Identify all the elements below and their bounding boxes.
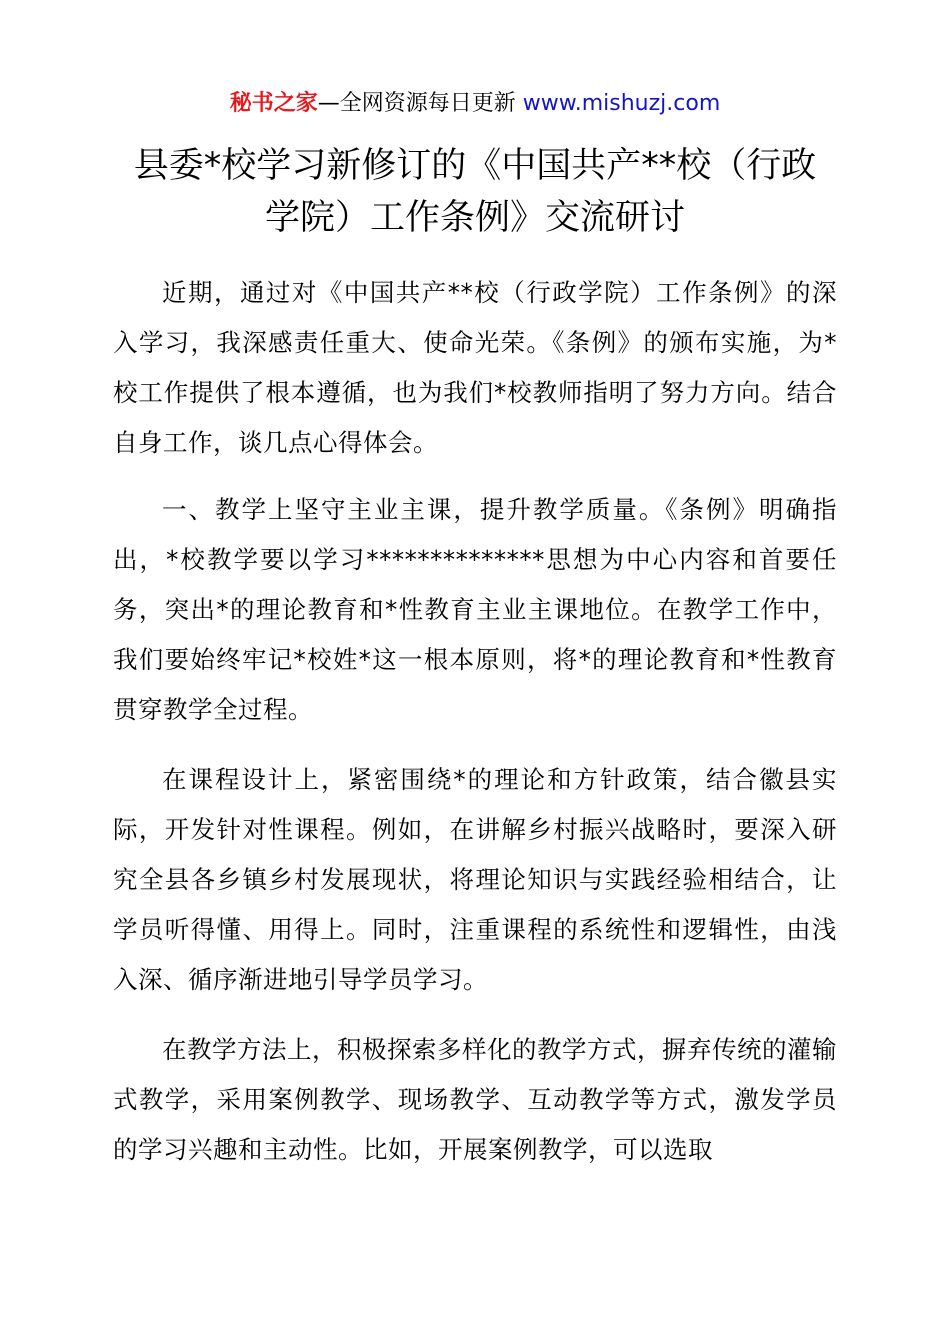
site-brand-name: 秘书之家 [230, 91, 318, 116]
paragraph-teaching-methods: 在教学方法上，积极探索多样化的教学方式，摒弃传统的灌输式教学，采用案例教学、现场… [113, 1025, 837, 1175]
site-url-link[interactable]: www.mishuzj.com [523, 91, 720, 116]
paragraph-course-design: 在课程设计上，紧密围绕*的理论和方针政策，结合徽县实际，开发针对性课程。例如，在… [113, 755, 837, 1005]
site-tagline: —全网资源每日更新 [318, 91, 523, 116]
document-body: 近期，通过对《中国共产**校（行政学院）工作条例》的深入学习，我深感责任重大、使… [113, 268, 837, 468]
document-body-course-design: 在课程设计上，紧密围绕*的理论和方针政策，结合徽县实际，开发针对性课程。例如，在… [113, 755, 837, 1005]
paragraph-section-1-heading: 一、教学上坚守主业主课，提升教学质量。《条例》明确指出，*校教学要以学习****… [113, 485, 837, 735]
document-title-line-2: 学院）工作条例》交流研讨 [265, 198, 685, 238]
document-body-section-1: 一、教学上坚守主业主课，提升教学质量。《条例》明确指出，*校教学要以学习****… [113, 485, 837, 735]
document-body-teaching-methods: 在教学方法上，积极探索多样化的教学方式，摒弃传统的灌输式教学，采用案例教学、现场… [113, 1025, 837, 1175]
document-title: 县委*校学习新修订的《中国共产**校（行政 学院）工作条例》交流研讨 [100, 140, 850, 244]
document-title-line-1: 县委*校学习新修订的《中国共产**校（行政 [134, 146, 817, 186]
site-banner: 秘书之家—全网资源每日更新 www.mishuzj.com [0, 88, 950, 120]
paragraph-intro: 近期，通过对《中国共产**校（行政学院）工作条例》的深入学习，我深感责任重大、使… [113, 268, 837, 468]
